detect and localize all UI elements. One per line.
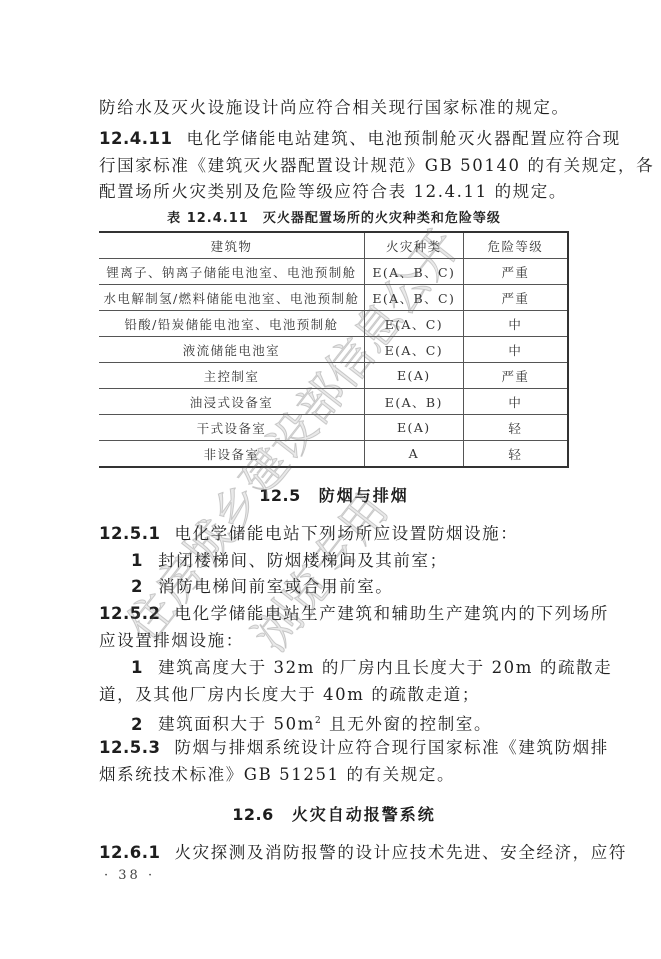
item-number: 1 bbox=[131, 551, 144, 570]
item-text: 消防电梯间前室或合用前室。 bbox=[158, 577, 393, 596]
table-caption: 表 12.4.11灭火器配置场所的火灾种类和危险等级 bbox=[99, 207, 569, 226]
clause-text: 电化学储能电站建筑、电池预制舱灭火器配置应符合现 bbox=[186, 129, 620, 148]
table-row: 铅酸/铅炭储能电池室、电池预制舱 E(A、C) 中 bbox=[99, 311, 568, 337]
item-text-cont: 道，及其他厂房内长度大于 40m 的疏散走道； bbox=[99, 685, 480, 704]
item-text: 且无外窗的控制室。 bbox=[322, 715, 492, 734]
cell-hazard-level: 中 bbox=[463, 389, 568, 415]
cell-building: 油浸式设备室 bbox=[99, 389, 364, 415]
cell-building: 锂离子、钠离子储能电池室、电池预制舱 bbox=[99, 259, 364, 285]
list-item: 2消防电梯间前室或合用前室。 bbox=[131, 576, 569, 598]
cell-hazard-level: 中 bbox=[463, 337, 568, 363]
cell-hazard-level: 中 bbox=[463, 311, 568, 337]
clause-text-cont: 应设置排烟设施： bbox=[99, 631, 244, 650]
cell-building: 主控制室 bbox=[99, 363, 364, 389]
page-number: · 38 · bbox=[104, 868, 155, 883]
header-fire-class: 火灾种类 bbox=[364, 232, 463, 259]
cell-hazard-level: 严重 bbox=[463, 363, 568, 389]
item-text: 封闭楼梯间、防烟楼梯间及其前室； bbox=[158, 551, 448, 570]
item-number: 1 bbox=[131, 658, 144, 677]
clause-number: 12.5.1 bbox=[99, 524, 160, 543]
body-line: 配置场所火灾类别及危险等级应符合表 12.4.11 的规定。 bbox=[99, 181, 569, 203]
body-text: 配置场所火灾类别及危险等级应符合表 12.4.11 的规定。 bbox=[99, 182, 567, 201]
clause-12-5-3: 12.5.3防烟与排烟系统设计应符合现行国家标准《建筑防烟排 bbox=[99, 737, 569, 759]
clause-text: 电化学储能电站生产建筑和辅助生产建筑内的下列场所 bbox=[174, 604, 608, 623]
item-number: 2 bbox=[131, 577, 144, 596]
table-row: 干式设备室 E(A) 轻 bbox=[99, 415, 568, 441]
item-number: 2 bbox=[131, 715, 144, 734]
clause-number: 12.4.11 bbox=[99, 129, 172, 148]
item-text: 建筑高度大于 32m 的厂房内且长度大于 20m 的疏散走 bbox=[158, 658, 612, 677]
cell-fire-class: A bbox=[364, 441, 463, 468]
cell-fire-class: E(A) bbox=[364, 363, 463, 389]
cell-fire-class: E(A、C) bbox=[364, 311, 463, 337]
section-number: 12.5 bbox=[259, 486, 300, 505]
clause-text: 火灾探测及消防报警的设计应技术先进、安全经济，应符 bbox=[174, 843, 627, 862]
cell-fire-class: E(A、B) bbox=[364, 389, 463, 415]
section-title: 火灾自动报警系统 bbox=[292, 805, 436, 824]
table-header-row: 建筑物 火灾种类 危险等级 bbox=[99, 232, 568, 259]
section-title: 防烟与排烟 bbox=[319, 486, 409, 505]
fire-extinguisher-table: 建筑物 火灾种类 危险等级 锂离子、钠离子储能电池室、电池预制舱 E(A、B、C… bbox=[99, 231, 569, 468]
cell-building: 液流储能电池室 bbox=[99, 337, 364, 363]
table-row: 液流储能电池室 E(A、C) 中 bbox=[99, 337, 568, 363]
clause-text: 电化学储能电站下列场所应设置防烟设施： bbox=[174, 524, 518, 543]
cell-building: 铅酸/铅炭储能电池室、电池预制舱 bbox=[99, 311, 364, 337]
section-heading-12-6: 12.6火灾自动报警系统 bbox=[99, 802, 569, 825]
cell-hazard-level: 严重 bbox=[463, 285, 568, 311]
cell-building: 干式设备室 bbox=[99, 415, 364, 441]
cell-building: 水电解制氢/燃料储能电池室、电池预制舱 bbox=[99, 285, 364, 311]
body-text: 防给水及灭火设施设计尚应符合相关现行国家标准的规定。 bbox=[99, 98, 570, 117]
list-item: 1封闭楼梯间、防烟楼梯间及其前室； bbox=[131, 550, 569, 572]
cell-building: 非设备室 bbox=[99, 441, 364, 468]
section-number: 12.6 bbox=[232, 805, 273, 824]
body-line: 行国家标准《建筑灭火器配置设计规范》GB 50140 的有关规定，各 bbox=[99, 155, 569, 177]
table-row: 锂离子、钠离子储能电池室、电池预制舱 E(A、B、C) 严重 bbox=[99, 259, 568, 285]
document-page: 防给水及灭火设施设计尚应符合相关现行国家标准的规定。 12.4.11电化学储能电… bbox=[0, 0, 661, 959]
table-row: 水电解制氢/燃料储能电池室、电池预制舱 E(A、B、C) 严重 bbox=[99, 285, 568, 311]
section-heading-12-5: 12.5防烟与排烟 bbox=[99, 483, 569, 506]
clause-12-4-11: 12.4.11电化学储能电站建筑、电池预制舱灭火器配置应符合现 bbox=[99, 128, 569, 150]
clause-text: 防烟与排烟系统设计应符合现行国家标准《建筑防烟排 bbox=[174, 738, 608, 757]
clause-number: 12.5.3 bbox=[99, 738, 160, 757]
body-line: 烟系统技术标准》GB 51251 的有关规定。 bbox=[99, 764, 569, 786]
header-hazard-level: 危险等级 bbox=[463, 232, 568, 259]
cell-hazard-level: 轻 bbox=[463, 441, 568, 468]
body-text: 行国家标准《建筑灭火器配置设计规范》GB 50140 的有关规定，各 bbox=[99, 156, 654, 175]
table-caption-text: 灭火器配置场所的火灾种类和危险等级 bbox=[263, 211, 501, 226]
clause-12-5-2: 12.5.2电化学储能电站生产建筑和辅助生产建筑内的下列场所 bbox=[99, 603, 569, 625]
cell-hazard-level: 严重 bbox=[463, 259, 568, 285]
body-line: 防给水及灭火设施设计尚应符合相关现行国家标准的规定。 bbox=[99, 97, 569, 119]
cell-hazard-level: 轻 bbox=[463, 415, 568, 441]
table-row: 油浸式设备室 E(A、B) 中 bbox=[99, 389, 568, 415]
cell-fire-class: E(A、C) bbox=[364, 337, 463, 363]
clause-text-cont: 烟系统技术标准》GB 51251 的有关规定。 bbox=[99, 765, 455, 784]
header-building: 建筑物 bbox=[99, 232, 364, 259]
list-item: 2建筑面积大于 50m2 且无外窗的控制室。 bbox=[131, 710, 569, 736]
clause-number: 12.6.1 bbox=[99, 843, 160, 862]
item-text: 建筑面积大于 50m bbox=[158, 715, 315, 734]
body-line: 应设置排烟设施： bbox=[99, 630, 569, 652]
clause-12-6-1: 12.6.1火灾探测及消防报警的设计应技术先进、安全经济，应符 bbox=[99, 842, 569, 864]
table-caption-number: 表 12.4.11 bbox=[167, 211, 249, 226]
clause-number: 12.5.2 bbox=[99, 604, 160, 623]
table-row: 非设备室 A 轻 bbox=[99, 441, 568, 468]
clause-12-5-1: 12.5.1电化学储能电站下列场所应设置防烟设施： bbox=[99, 523, 569, 545]
table-row: 主控制室 E(A) 严重 bbox=[99, 363, 568, 389]
cell-fire-class: E(A、B、C) bbox=[364, 259, 463, 285]
cell-fire-class: E(A、B、C) bbox=[364, 285, 463, 311]
cell-fire-class: E(A) bbox=[364, 415, 463, 441]
list-item: 1建筑高度大于 32m 的厂房内且长度大于 20m 的疏散走 bbox=[131, 657, 569, 679]
body-line: 道，及其他厂房内长度大于 40m 的疏散走道； bbox=[99, 684, 569, 706]
